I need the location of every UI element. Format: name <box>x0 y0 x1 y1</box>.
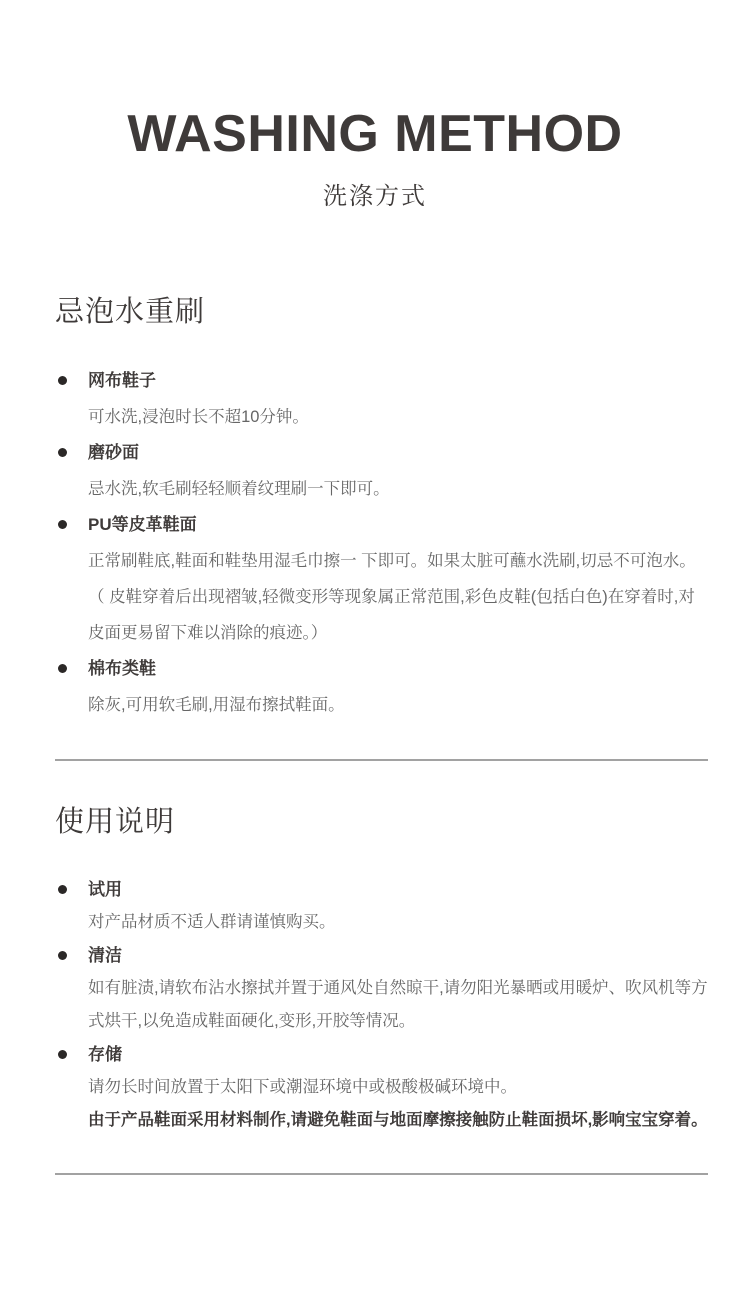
bullet-icon <box>58 951 67 960</box>
item-text: 可水洗,浸泡时长不超10分钟。 <box>88 399 708 435</box>
section-heading-washing-rules: 忌泡水重刷 <box>55 295 708 330</box>
section-usage-instructions: 使用说明 试用 对产品材质不适人群请谨慎购买。 清洁 如有脏渍,请软布沾水擦拭并… <box>55 805 708 1137</box>
list-item-storage: 存储 请勿长时间放置于太阳下或潮湿环境中或极酸极碱环境中。 由于产品鞋面采用材料… <box>55 1038 708 1137</box>
page-header: WASHING METHOD 洗涤方式 <box>0 0 750 211</box>
page-subtitle: 洗涤方式 <box>0 176 750 211</box>
bullet-icon <box>58 520 67 529</box>
item-label: 棉布类鞋 <box>88 651 708 687</box>
item-text-warning: 由于产品鞋面采用材料制作,请避免鞋面与地面摩擦接触防止鞋面损坏,影响宝宝穿着。 <box>88 1104 708 1137</box>
list-item-trial: 试用 对产品材质不适人群请谨慎购买。 <box>55 873 708 939</box>
item-text: 除灰,可用软毛刷,用湿布擦拭鞋面。 <box>88 687 708 723</box>
list-item-cotton-shoes: 棉布类鞋 除灰,可用软毛刷,用湿布擦拭鞋面。 <box>55 651 708 723</box>
section-heading-usage-instructions: 使用说明 <box>55 805 708 840</box>
item-label: 试用 <box>88 873 708 906</box>
item-text-note: （ 皮鞋穿着后出现褶皱,轻微变形等现象属正常范围,彩色皮鞋(包括白色)在穿着时,… <box>88 579 708 651</box>
item-text: 正常刷鞋底,鞋面和鞋垫用湿毛巾擦一 下即可。如果太脏可蘸水洗刷,切忌不可泡水。 <box>88 543 708 579</box>
item-text: 对产品材质不适人群请谨慎购买。 <box>88 906 708 939</box>
bottom-divider <box>55 1173 708 1175</box>
item-label: 清洁 <box>88 939 708 972</box>
item-label: 网布鞋子 <box>88 363 708 399</box>
section-divider <box>55 759 708 761</box>
list-item-mesh-shoes: 网布鞋子 可水洗,浸泡时长不超10分钟。 <box>55 363 708 435</box>
item-text: 请勿长时间放置于太阳下或潮湿环境中或极酸极碱环境中。 <box>88 1071 708 1104</box>
item-text: 如有脏渍,请软布沾水擦拭并置于通风处自然晾干,请勿阳光暴晒或用暖炉、吹风机等方式… <box>88 972 708 1038</box>
bullet-icon <box>58 1050 67 1059</box>
bullet-icon <box>58 664 67 673</box>
item-label: PU等皮革鞋面 <box>88 507 708 543</box>
list-item-frosted-surface: 磨砂面 忌水洗,软毛刷轻轻顺着纹理刷一下即可。 <box>55 435 708 507</box>
item-label: 磨砂面 <box>88 435 708 471</box>
care-instructions-page: WASHING METHOD 洗涤方式 忌泡水重刷 网布鞋子 可水洗,浸泡时长不… <box>0 0 750 1310</box>
list-item-cleaning: 清洁 如有脏渍,请软布沾水擦拭并置于通风处自然晾干,请勿阳光暴晒或用暖炉、吹风机… <box>55 939 708 1038</box>
bullet-icon <box>58 448 67 457</box>
item-text: 忌水洗,软毛刷轻轻顺着纹理刷一下即可。 <box>88 471 708 507</box>
section-washing-rules: 忌泡水重刷 网布鞋子 可水洗,浸泡时长不超10分钟。 磨砂面 忌水洗,软毛刷轻轻… <box>55 295 708 723</box>
page-title: WASHING METHOD <box>0 106 750 163</box>
item-label: 存储 <box>88 1038 708 1071</box>
bullet-icon <box>58 376 67 385</box>
list-item-pu-leather: PU等皮革鞋面 正常刷鞋底,鞋面和鞋垫用湿毛巾擦一 下即可。如果太脏可蘸水洗刷,… <box>55 507 708 651</box>
bullet-icon <box>58 885 67 894</box>
